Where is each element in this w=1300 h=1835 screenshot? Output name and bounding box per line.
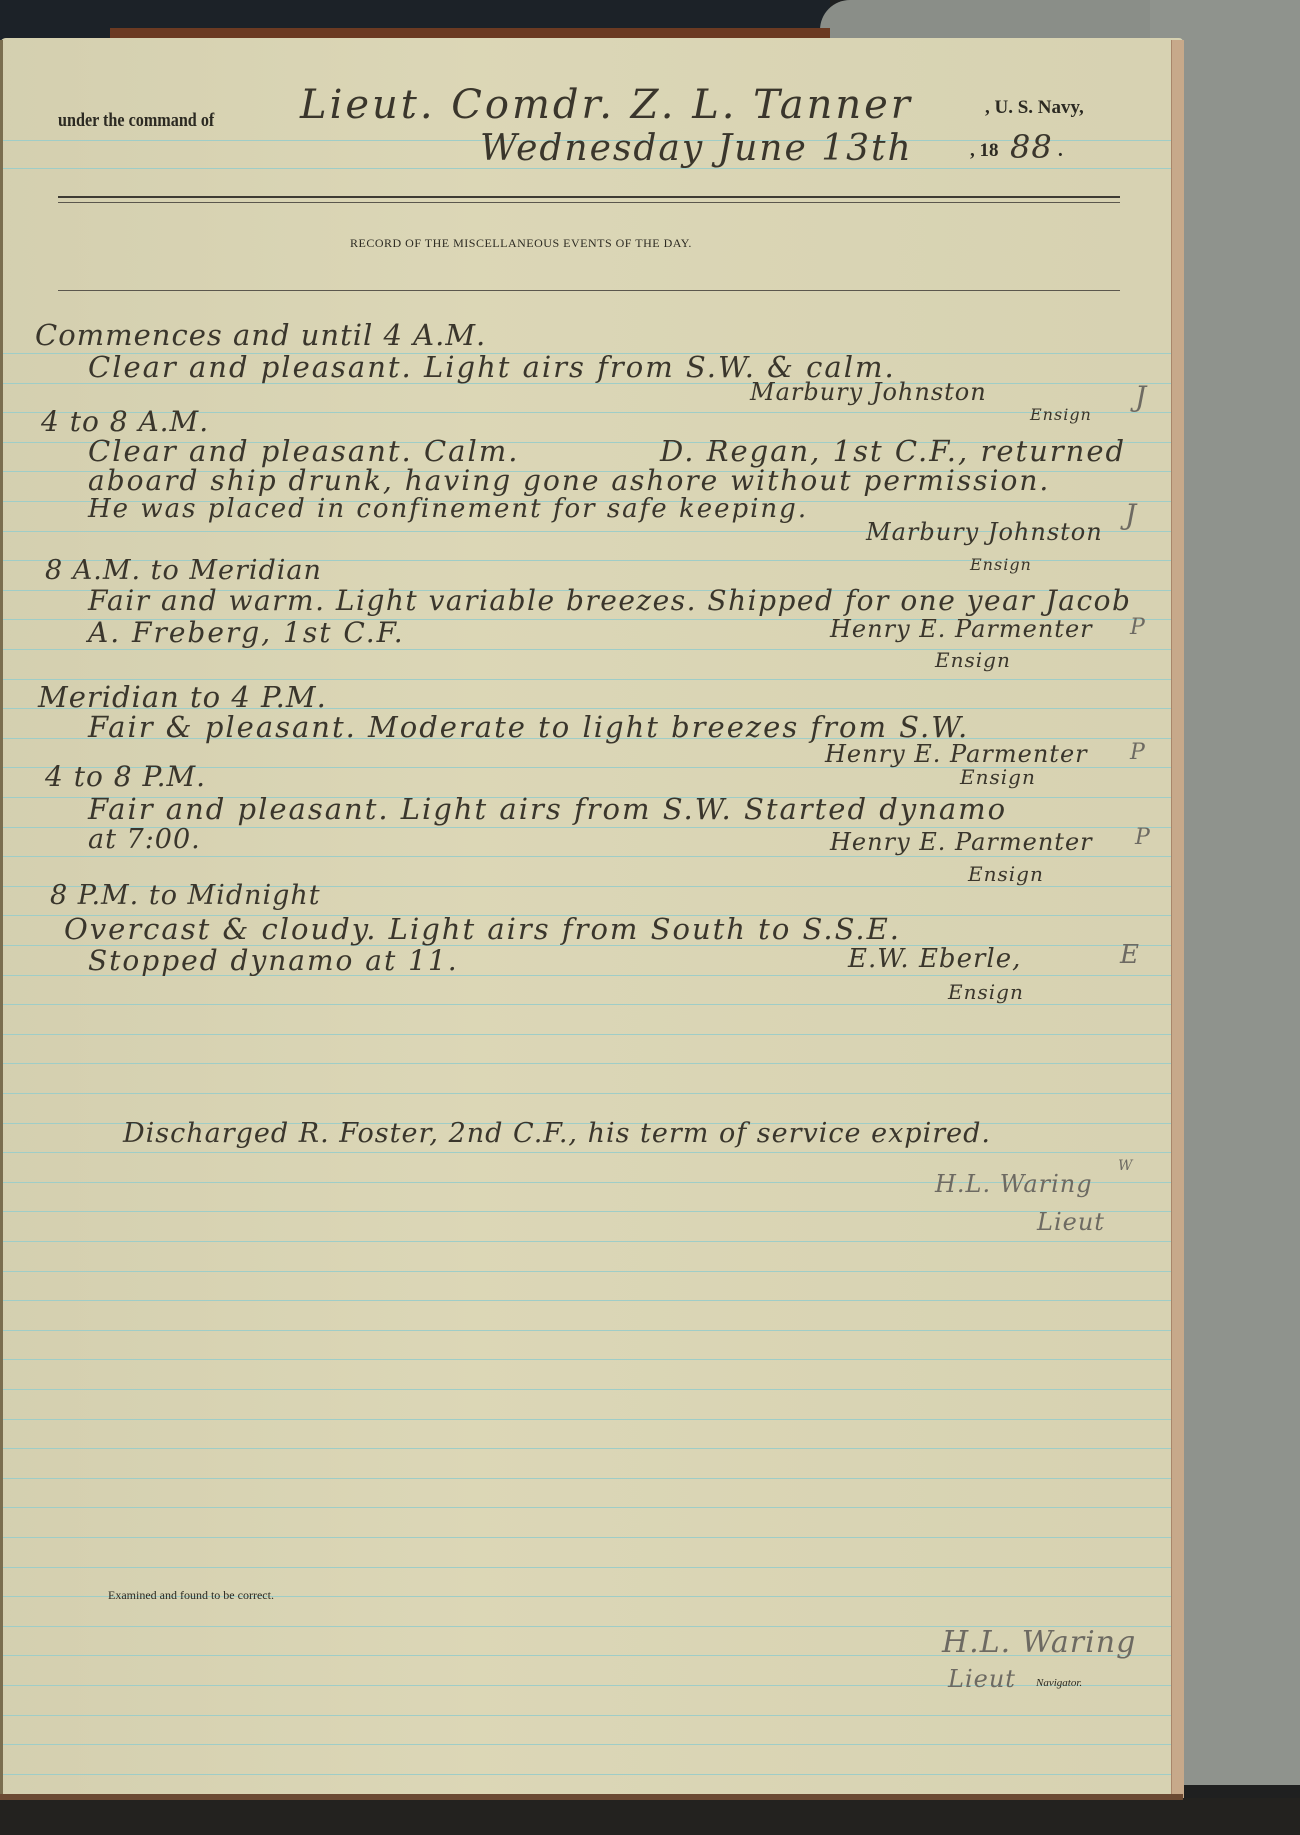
ruled-line [3, 1211, 1171, 1212]
watch-heading: 8 A.M. to Meridian [45, 555, 322, 586]
commander-name: Lieut. Comdr. Z. L. Tanner [300, 82, 913, 128]
page-edge [1171, 40, 1184, 1798]
rank: Ensign [968, 862, 1044, 886]
year-handwritten: 88 [1010, 128, 1053, 166]
ruled-line [3, 1063, 1171, 1064]
remarks-entry: Discharged R. Foster, 2nd C.F., his term… [123, 1118, 991, 1149]
ruled-line [3, 1389, 1171, 1390]
page-bottom-trim [0, 1794, 1183, 1800]
signature: Marbury Johnston [866, 518, 1103, 546]
margin-initial: W [1118, 1158, 1133, 1174]
watch-entry: Stopped dynamo at 11. [88, 944, 459, 977]
navigator-rank: Lieut [948, 1665, 1016, 1693]
watch-entry: aboard ship drunk, having gone ashore wi… [88, 464, 1050, 497]
command-label: under the command of [58, 110, 214, 132]
margin-initial: E [1120, 940, 1140, 970]
watch-heading: 4 to 8 P.M. [45, 760, 206, 793]
background-bottom [0, 1798, 1300, 1835]
signature: Henry E. Parmenter [825, 740, 1088, 768]
ruled-line [3, 1359, 1171, 1360]
ruled-line [3, 1478, 1171, 1479]
page-gutter [0, 40, 3, 1795]
remarks-signature: H.L. Waring [935, 1170, 1093, 1198]
rank: Ensign [935, 648, 1011, 672]
ruled-line [3, 1241, 1171, 1242]
watch-entry: Clear and pleasant. Calm. [88, 434, 519, 468]
header-rule [58, 196, 1120, 198]
watch-entry: Fair and warm. Light variable breezes. S… [88, 584, 1131, 617]
ruled-line [3, 1537, 1171, 1538]
watch-entry: Fair and pleasant. Light airs from S.W. … [88, 792, 1007, 826]
margin-initial: P [1135, 825, 1151, 850]
signature: Henry E. Parmenter [830, 828, 1093, 856]
watch-entry: Overcast & cloudy. Light airs from South… [64, 912, 901, 946]
watch-entry: Fair & pleasant. Moderate to light breez… [88, 710, 969, 744]
date-handwritten: Wednesday June 13th [480, 128, 913, 169]
watch-heading: 8 P.M. to Midnight [50, 880, 321, 911]
examined-label: Examined and found to be correct. [108, 1588, 274, 1603]
ruled-line [3, 1152, 1171, 1153]
ruled-line [3, 1093, 1171, 1094]
ruled-line [3, 1300, 1171, 1301]
watch-heading: Commences and until 4 A.M. [35, 318, 486, 352]
margin-initial: J [1125, 498, 1137, 531]
watch-entry: at 7:00. [88, 824, 201, 855]
ruled-line [3, 1507, 1171, 1508]
section-title: RECORD OF THE MISCELLANEOUS EVENTS OF TH… [350, 236, 692, 251]
margin-initial: J [1135, 380, 1147, 413]
watch-entry: D. Regan, 1st C.F., returned [660, 434, 1126, 468]
year-prefix: , 18 [970, 140, 999, 162]
margin-initial: P [1130, 615, 1146, 640]
signature: Marbury Johnston [750, 378, 987, 406]
watch-entry: A. Freberg, 1st C.F. [88, 616, 405, 649]
ruled-line [3, 1567, 1171, 1568]
rank: Ensign [1030, 405, 1092, 424]
navigator-label: Navigator. [1036, 1677, 1082, 1689]
ruled-line [3, 856, 1171, 857]
ruled-line [3, 1715, 1171, 1716]
remarks-rank: Lieut [1037, 1208, 1105, 1236]
year-period: . [1058, 140, 1063, 162]
signature: E.W. Eberle, [848, 944, 1021, 974]
ruled-line [3, 1448, 1171, 1449]
section-rule [58, 290, 1120, 291]
ruled-line [3, 1034, 1171, 1035]
ruled-line [3, 1744, 1171, 1745]
rank: Ensign [948, 980, 1024, 1004]
watch-entry: He was placed in confinement for safe ke… [88, 494, 808, 524]
navigator-signature: H.L. Waring [942, 1625, 1136, 1660]
margin-initial: P [1130, 740, 1146, 765]
ruled-line [3, 1004, 1171, 1005]
rank: Ensign [970, 555, 1032, 574]
signature: Henry E. Parmenter [830, 615, 1093, 643]
watch-heading: Meridian to 4 P.M. [38, 680, 327, 714]
ruled-line [3, 1271, 1171, 1272]
ruled-line [3, 1419, 1171, 1420]
navy-label: , U. S. Navy, [985, 97, 1084, 119]
ruled-line [3, 1774, 1171, 1775]
header-rule [58, 202, 1120, 203]
ruled-line [3, 1330, 1171, 1331]
rank: Ensign [960, 765, 1036, 789]
